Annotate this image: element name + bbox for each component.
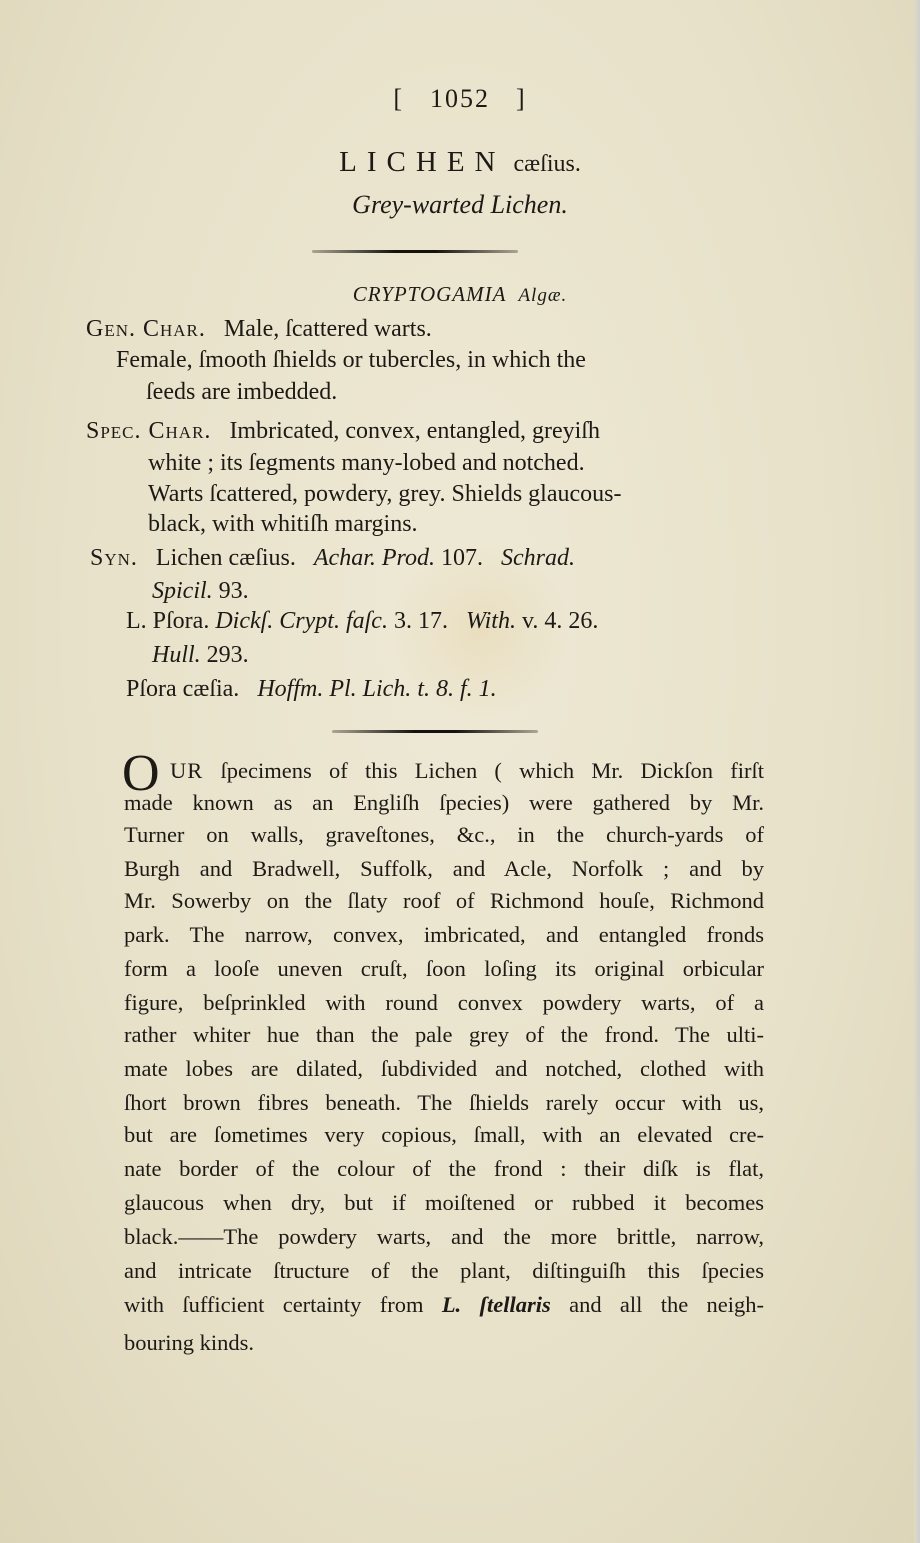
- divider-rule: [332, 730, 538, 733]
- gen-char-line: ſeeds are imbedded.: [146, 379, 337, 406]
- description-line: UR ſpecimens of this Lichen ( which Mr. …: [170, 758, 764, 784]
- page-number-value: 1052: [430, 84, 490, 113]
- description-line: rather whiter hue than the pale grey of …: [124, 1022, 764, 1048]
- gen-char-line: Female, ſmooth ſhields or tubercles, in …: [116, 347, 586, 374]
- syn-label: Syn.: [90, 545, 138, 571]
- page-edge: [914, 0, 920, 1543]
- spec-char-line: white ; its ſegments many-lobed and notc…: [148, 450, 585, 477]
- description-line: but are ſometimes very copious, ſmall, w…: [124, 1122, 764, 1148]
- genus-name: LICHEN: [339, 146, 505, 178]
- description-line: Mr. Sowerby on the ſlaty roof of Richmon…: [124, 888, 764, 914]
- description-line: form a looſe uneven cruſt, ſoon loſing i…: [124, 956, 764, 982]
- spec-char-line: Warts ſcattered, powdery, grey. Shields …: [148, 481, 621, 508]
- description-line: bouring kinds.: [124, 1330, 254, 1356]
- common-name: Grey-warted Lichen.: [0, 190, 920, 220]
- description-line: mate lobes are dilated, ſubdivided and n…: [124, 1056, 764, 1082]
- class-name: CRYPTOGAMIA: [353, 282, 507, 306]
- description-line: with ſufficient certainty from L. ſtella…: [124, 1292, 764, 1318]
- order-name: Algæ.: [518, 285, 567, 306]
- gen-char-label: Gen. Char.: [86, 316, 206, 342]
- synonym-entry: L. Pſora. Dickſ. Crypt. faſc. 3. 17.With…: [126, 608, 598, 635]
- description-line: park. The narrow, convex, imbricated, an…: [124, 922, 764, 948]
- species-title: LICHENcæſius.: [0, 146, 920, 179]
- classification: CRYPTOGAMIAAlgæ.: [0, 282, 920, 307]
- spec-char-line: Spec. Char.Imbricated, convex, entangled…: [86, 418, 600, 445]
- spec-char-line: black, with whitiſh margins.: [148, 511, 418, 538]
- description-line: and intricate ſtructure of the plant, di…: [124, 1258, 764, 1284]
- description-line: nate border of the colour of the frond :…: [124, 1156, 764, 1182]
- gen-char-line: Gen. Char.Male, ſcattered warts.: [86, 316, 432, 343]
- description-line: made known as an Engliſh ſpecies) were g…: [124, 790, 764, 816]
- description-line: Turner on walls, graveſtones, &c., in th…: [124, 822, 764, 848]
- description-line: Burgh and Bradwell, Suffolk, and Acle, N…: [124, 856, 764, 882]
- page-number: [1052]: [0, 84, 920, 114]
- description-line: ſhort brown fibres beneath. The ſhields …: [124, 1090, 764, 1116]
- synonym-entry: Pſora cæſia.Hoffm. Pl. Lich. t. 8. f. 1.: [126, 676, 497, 703]
- description-line: glaucous when dry, but if moiſtened or r…: [124, 1190, 764, 1216]
- species-epithet: cæſius.: [513, 151, 580, 177]
- synonym-cont: Spicil. 93.: [152, 578, 249, 605]
- synonym-cont: Hull. 293.: [152, 642, 249, 669]
- description-line: black.——The powdery warts, and the more …: [124, 1224, 764, 1250]
- spec-char-label: Spec. Char.: [86, 418, 211, 444]
- synonym-entry: Syn.Lichen cæſius.Achar. Prod. 107.Schra…: [90, 545, 575, 572]
- divider-rule: [312, 250, 518, 253]
- species-reference: L. ſtellaris: [442, 1292, 551, 1317]
- description-line: figure, beſprinkled with round convex po…: [124, 990, 764, 1016]
